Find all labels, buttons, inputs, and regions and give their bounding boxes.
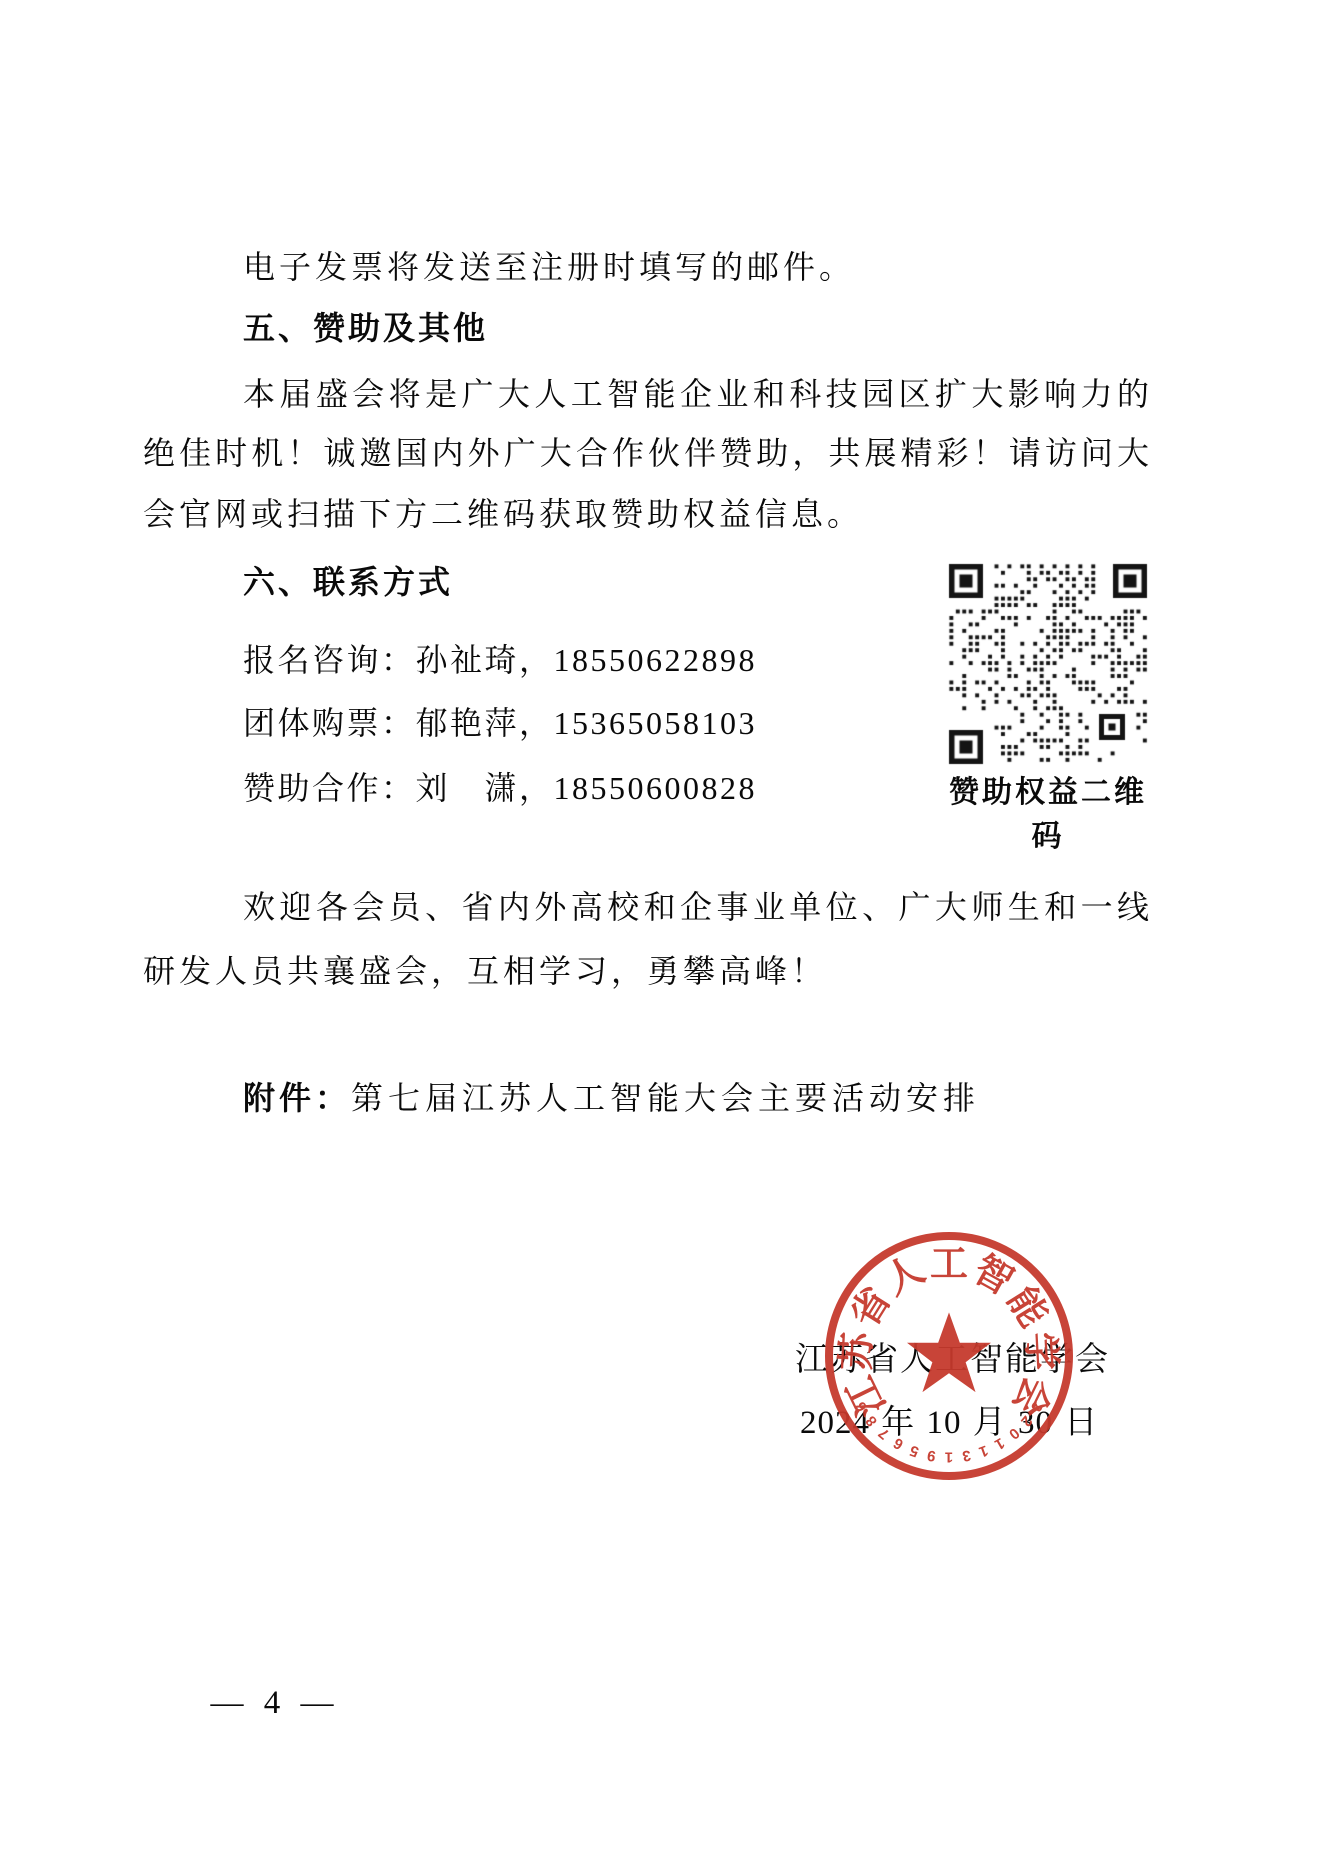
document-page: 电子发票将发送至注册时填写的邮件。 五、赞助及其他 本届盛会将是广大人工智能企业…: [0, 0, 1323, 1871]
attachment-title: 第七届江苏人工智能大会主要活动安排: [351, 1080, 980, 1116]
intro-line: 电子发票将发送至注册时填写的邮件。: [243, 245, 855, 289]
contact-line-registration: 报名咨询：孙祉琦，18550622898: [243, 638, 757, 682]
qr-code-caption: 赞助权益二维码: [938, 771, 1158, 859]
seal-ring-char: 工: [930, 1233, 968, 1288]
contact-line-group-tickets: 团体购票：郁艳萍，15365058103: [243, 701, 757, 745]
page-number: — 4 —: [190, 1681, 360, 1725]
sponsor-paragraph-line-1: 本届盛会将是广大人工智能企业和科技园区扩大影响力的: [243, 372, 1153, 416]
seal-serial-digit: 1: [945, 1449, 953, 1466]
sponsor-paragraph-line-3: 会官网或扫描下方二维码获取赞助权益信息。: [143, 492, 863, 536]
qr-code-image: [948, 563, 1148, 765]
section-heading-contact: 六、联系方式: [243, 560, 453, 604]
sponsor-paragraph-line-2: 绝佳时机！诚邀国内外广大合作伙伴赞助，共展精彩！请访问大: [143, 431, 1153, 475]
closing-paragraph-line-1: 欢迎各会员、省内外高校和企事业单位、广大师生和一线: [243, 885, 1153, 929]
attachment-line: 附件：第七届江苏人工智能大会主要活动安排: [243, 1076, 980, 1120]
seal-ring-char: 学: [1016, 1331, 1073, 1372]
attachment-label: 附件：: [243, 1080, 351, 1116]
official-seal: 江苏省人工智能学会 3201131956786: [825, 1232, 1073, 1480]
contact-line-sponsorship: 赞助合作：刘 潇，18550600828: [243, 766, 757, 810]
seal-ring-char: 苏: [825, 1331, 882, 1372]
sponsor-qr-code: [948, 563, 1148, 765]
section-heading-sponsor: 五、赞助及其他: [243, 306, 488, 350]
closing-paragraph-line-2: 研发人员共襄盛会，互相学习，勇攀高峰！: [143, 949, 827, 993]
